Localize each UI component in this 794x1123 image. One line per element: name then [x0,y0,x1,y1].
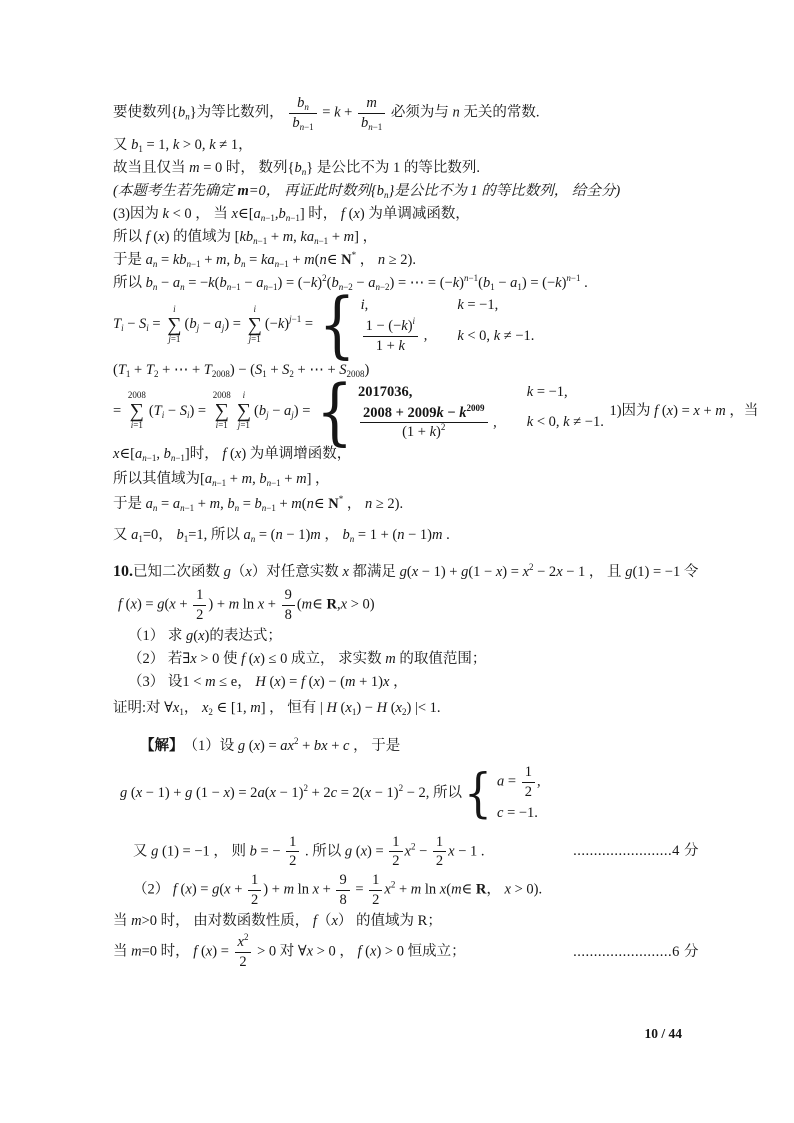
document-body: 要使数列{bn}为等比数列， bnbn−1 = k + mbn−1 必须为与 n… [113,95,699,971]
solution-header-line: 【解】 （1）设 g (x) = ax2 + bx + c ， 于是 [140,735,699,758]
math-line-6: 于是 an = kbn−1 + m, bn = kan−1 + m(n∈ N* … [113,249,699,272]
score-note-4: ........................4 分 [573,841,699,862]
line-content: 证明:对 ∀x1， x2 ∈ [1, m] ， 恒有 | H (x1) − H … [113,698,441,719]
line-content: 【解】 （1）设 g (x) = ax2 + bx + c ， 于是 [140,736,400,757]
math-line-9: (T1 + T2 + ⋯ + T2008) − (S1 + S2 + ⋯ + S… [113,359,699,382]
piecewise-line-T-S: Ti − Si = i∑j=1(bj − aj) = i∑j=1(−k)j−1 … [113,295,699,354]
line-content: （2） 若∃x > 0 使 f (x) ≤ 0 成立， 求实数 m 的取值范围； [128,649,486,670]
line-content: 当 m=0 时， f (x) = x22 > 0 对 ∀x > 0 ， f (x… [113,934,466,970]
math-line-4: (3)因为 k < 0 ， 当 x∈[an−1,bn−1] 时， f (x) 为… [113,203,699,226]
math-line-0: 要使数列{bn}为等比数列， bnbn−1 = k + mbn−1 必须为与 n… [113,95,699,131]
line-content: (本题考生若先确定 m=0， 再证此时数列{bn}是公比不为 1 的等比数列， … [113,181,620,202]
math-line-13: 于是 an = an−1 + m, bn = bn−1 + m(n∈ N* ， … [113,493,699,516]
line-content: 于是 an = an−1 + m, bn = bn−1 + m(n∈ N* ， … [113,494,403,515]
math-line-11: x∈[an−1, bn−1]时， f (x) 为单调增函数， [113,443,699,466]
line-content: （1） 求 g(x)的表达式； [128,626,282,647]
line-content: 所以 f (x) 的值域为 [kbn−1 + m, kan−1 + m] ， [113,227,377,248]
math-line-7: 所以 bn − an = −k(bn−1 − an−1) = (−k)2(bn−… [113,272,699,295]
line-content: 10.已知二次函数 g（x）对任意实数 x 都满足 g(x − 1) + g(1… [113,561,698,583]
math-line-1: 又 b1 = 1, k > 0, k ≠ 1， [113,134,699,157]
line-content: = 2008∑i=1(Ti − Si) = 2008∑i=1i∑j=1(bj −… [113,382,758,441]
proof-statement-line: 证明:对 ∀x1， x2 ∈ [1, m] ， 恒有 | H (x1) − H … [113,697,699,720]
line-content: (3)因为 k < 0 ， 当 x∈[an−1,bn−1] 时， f (x) 为… [113,204,470,225]
solution-part2-fx-line: （2） f (x) = g(x + 12) + m ln x + 98 = 12… [133,872,699,908]
case-m-positive-line: 当 m>0 时， 由对数函数性质， f（x） 的值域为 R； [113,910,699,933]
line-content: 又 a1=0， b1=1, 所以 an = (n − 1)m ， bn = 1 … [113,525,450,546]
problem-10-part-3: （3） 设1 < m ≤ e， H (x) = f (x) − (m + 1)x… [128,671,699,694]
grading-note-line: (本题考生若先确定 m=0， 再证此时数列{bn}是公比不为 1 的等比数列， … [113,180,699,203]
score-note-6: ........................6 分 [573,942,699,963]
line-content: 又 g (1) = −1 ， 则 b = − 12 . 所以 g (x) = 1… [133,834,485,870]
problem-10-part-1: （1） 求 g(x)的表达式； [128,625,699,648]
solution-cases-line: g (x − 1) + g (1 − x) = 2a(x − 1)2 + 2c … [120,764,699,823]
line-content: 要使数列{bn}为等比数列， bnbn−1 = k + mbn−1 必须为与 n… [113,95,540,131]
solution-gx-line: 又 g (1) = −1 ， 则 b = − 12 . 所以 g (x) = 1… [133,834,699,870]
line-content: （2） f (x) = g(x + 12) + m ln x + 98 = 12… [133,872,542,908]
math-line-14: 又 a1=0， b1=1, 所以 an = (n − 1)m ， bn = 1 … [113,524,699,547]
line-content: 当 m>0 时， 由对数函数性质， f（x） 的值域为 R； [113,911,442,932]
line-content: 于是 an = kbn−1 + m, bn = kan−1 + m(n∈ N* … [113,250,416,271]
line-content: 又 b1 = 1, k > 0, k ≠ 1， [113,135,253,156]
line-content: 所以其值域为[an−1 + m, bn−1 + m] ， [113,469,330,490]
line-content: 故当且仅当 m = 0 时， 数列{bn} 是公比不为 1 的等比数列. [113,158,480,179]
math-line-12: 所以其值域为[an−1 + m, bn−1 + m] ， [113,468,699,491]
math-line-5: 所以 f (x) 的值域为 [kbn−1 + m, kan−1 + m] ， [113,226,699,249]
line-content: （3） 设1 < m ≤ e， H (x) = f (x) − (m + 1)x… [128,672,408,693]
math-line-2: 故当且仅当 m = 0 时， 数列{bn} 是公比不为 1 的等比数列. [113,157,699,180]
line-content: f (x) = g(x + 12) + m ln x + 98(m∈ R,x >… [118,587,375,623]
problem-10-title: 10.已知二次函数 g（x）对任意实数 x 都满足 g(x − 1) + g(1… [113,560,699,583]
page-number: 10 / 44 [644,1026,682,1042]
problem-10-function-def: f (x) = g(x + 12) + m ln x + 98(m∈ R,x >… [118,587,699,623]
line-content: g (x − 1) + g (1 − x) = 2a(x − 1)2 + 2c … [120,764,573,823]
case-m-zero-line: 当 m=0 时， f (x) = x22 > 0 对 ∀x > 0 ， f (x… [113,934,699,970]
problem-10-part-2: （2） 若∃x > 0 使 f (x) ≤ 0 成立， 求实数 m 的取值范围； [128,648,699,671]
line-content: Ti − Si = i∑j=1(bj − aj) = i∑j=1(−k)j−1 … [113,295,536,354]
piecewise-line-sum: = 2008∑i=1(Ti − Si) = 2008∑i=1i∑j=1(bj −… [113,382,699,441]
